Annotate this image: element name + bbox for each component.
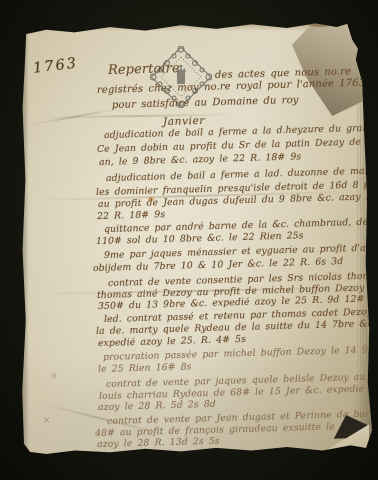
entry-line: azoy le 28 R. 5d 2s 8d <box>98 400 216 413</box>
bottom-right-dog-ear <box>325 415 369 451</box>
month-heading: Janvier <box>163 116 205 128</box>
entry-line: azoy le 28 R. 13d 2s 5s <box>97 437 220 450</box>
edge-stain <box>76 21 102 26</box>
tax-stamp-icon <box>150 46 212 108</box>
margin-mark: × <box>50 372 58 382</box>
edge-stain <box>308 21 332 27</box>
manuscript-page: × × 1763 Repertoire des actes que nous n… <box>18 20 372 462</box>
margin-mark: × <box>43 416 51 426</box>
photo-background: × × 1763 Repertoire des actes que nous n… <box>0 0 378 480</box>
edge-stain <box>214 22 244 27</box>
year-annotation: 1763 <box>32 55 79 76</box>
entry-line: 22 R. 18# 9s <box>97 210 165 221</box>
paper-left-spine-shadow <box>18 20 29 462</box>
entry-line: le 25 Rien 16# 8s <box>98 362 192 374</box>
entry-line: expedié azoy le 25. R. 4# 5s <box>98 335 246 348</box>
entry-line: an, le 9 8bre &c. azoy le 22 R. 18# 9s <box>99 152 302 167</box>
